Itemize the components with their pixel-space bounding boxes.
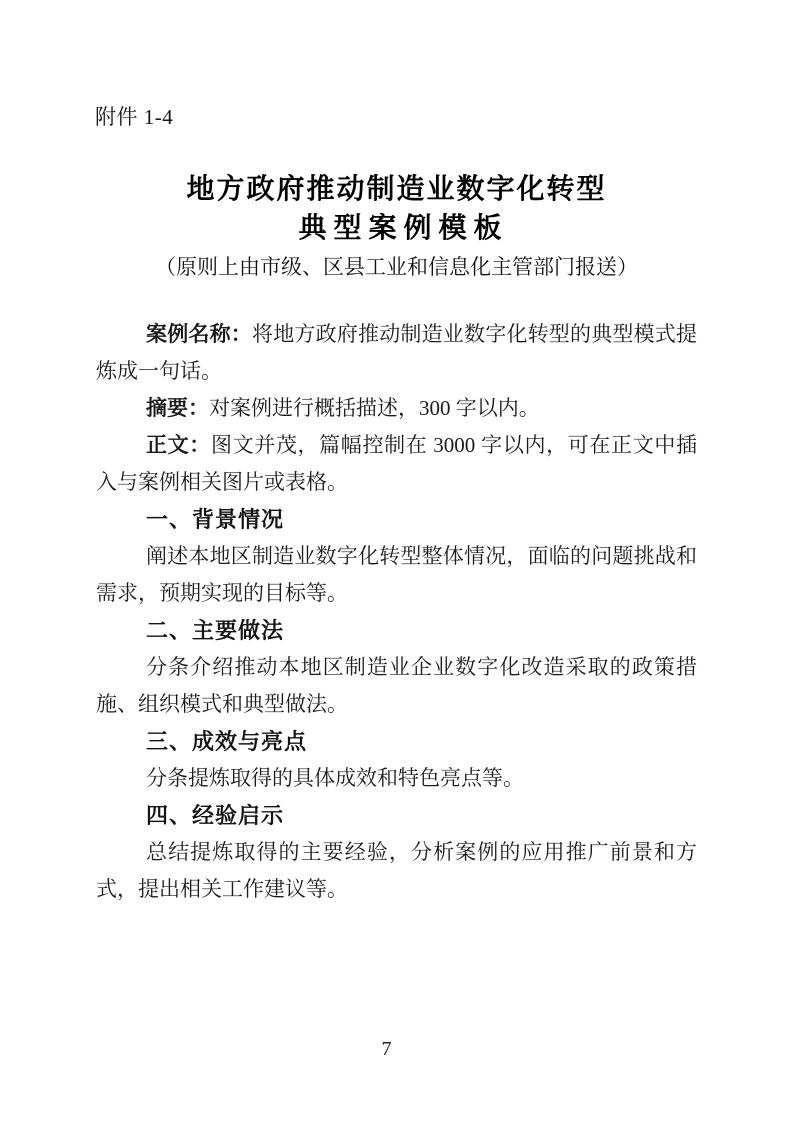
document-page: 附件 1-4 地方政府推动制造业数字化转型 典型案例模板 （原则上由市级、区县工… bbox=[0, 0, 793, 1122]
section-3-line-1: 分条提炼取得的具体成效和特色亮点等。 bbox=[96, 760, 697, 797]
document-body: 案例名称：将地方政府推动制造业数字化转型的典型模式提 炼成一句话。 摘要：对案例… bbox=[96, 316, 697, 908]
main-text-text: 图文并茂，篇幅控制在 3000 字以内，可在正文中插 bbox=[211, 433, 697, 457]
case-name-line-2: 炼成一句话。 bbox=[96, 353, 697, 390]
document-title-block: 地方政府推动制造业数字化转型 典型案例模板 （原则上由市级、区县工业和信息化主管… bbox=[0, 170, 793, 287]
section-1-line-2: 需求，预期实现的目标等。 bbox=[96, 575, 697, 612]
section-4-heading: 四、经验启示 bbox=[96, 797, 697, 834]
section-2-line-1: 分条介绍推动本地区制造业企业数字化改造采取的政策措 bbox=[96, 649, 697, 686]
abstract-label: 摘要： bbox=[146, 396, 209, 420]
document-title-line-1: 地方政府推动制造业数字化转型 bbox=[0, 170, 793, 209]
case-name-text: 将地方政府推动制造业数字化转型的典型模式提 bbox=[252, 322, 697, 346]
section-1-line-1: 阐述本地区制造业数字化转型整体情况，面临的问题挑战和 bbox=[96, 538, 697, 575]
attachment-label: 附件 1-4 bbox=[95, 101, 173, 131]
section-2-line-2: 施、组织模式和典型做法。 bbox=[96, 686, 697, 723]
main-text-line-1: 正文：图文并茂，篇幅控制在 3000 字以内，可在正文中插 bbox=[96, 427, 697, 464]
section-4-line-1: 总结提炼取得的主要经验，分析案例的应用推广前景和方 bbox=[96, 834, 697, 871]
abstract-text: 对案例进行概括描述，300 字以内。 bbox=[209, 396, 540, 420]
page-number: 7 bbox=[0, 1038, 773, 1061]
document-title-note: （原则上由市级、区县工业和信息化主管部门报送） bbox=[0, 248, 793, 287]
case-name-label: 案例名称： bbox=[146, 322, 252, 346]
main-text-label: 正文： bbox=[146, 433, 211, 457]
case-name-line-1: 案例名称：将地方政府推动制造业数字化转型的典型模式提 bbox=[96, 316, 697, 353]
document-title-line-2: 典型案例模板 bbox=[0, 209, 793, 248]
abstract-line: 摘要：对案例进行概括描述，300 字以内。 bbox=[96, 390, 697, 427]
section-3-heading: 三、成效与亮点 bbox=[96, 723, 697, 760]
section-4-line-2: 式，提出相关工作建议等。 bbox=[96, 871, 697, 908]
main-text-line-2: 入与案例相关图片或表格。 bbox=[96, 464, 697, 501]
section-1-heading: 一、背景情况 bbox=[96, 501, 697, 538]
section-2-heading: 二、主要做法 bbox=[96, 612, 697, 649]
